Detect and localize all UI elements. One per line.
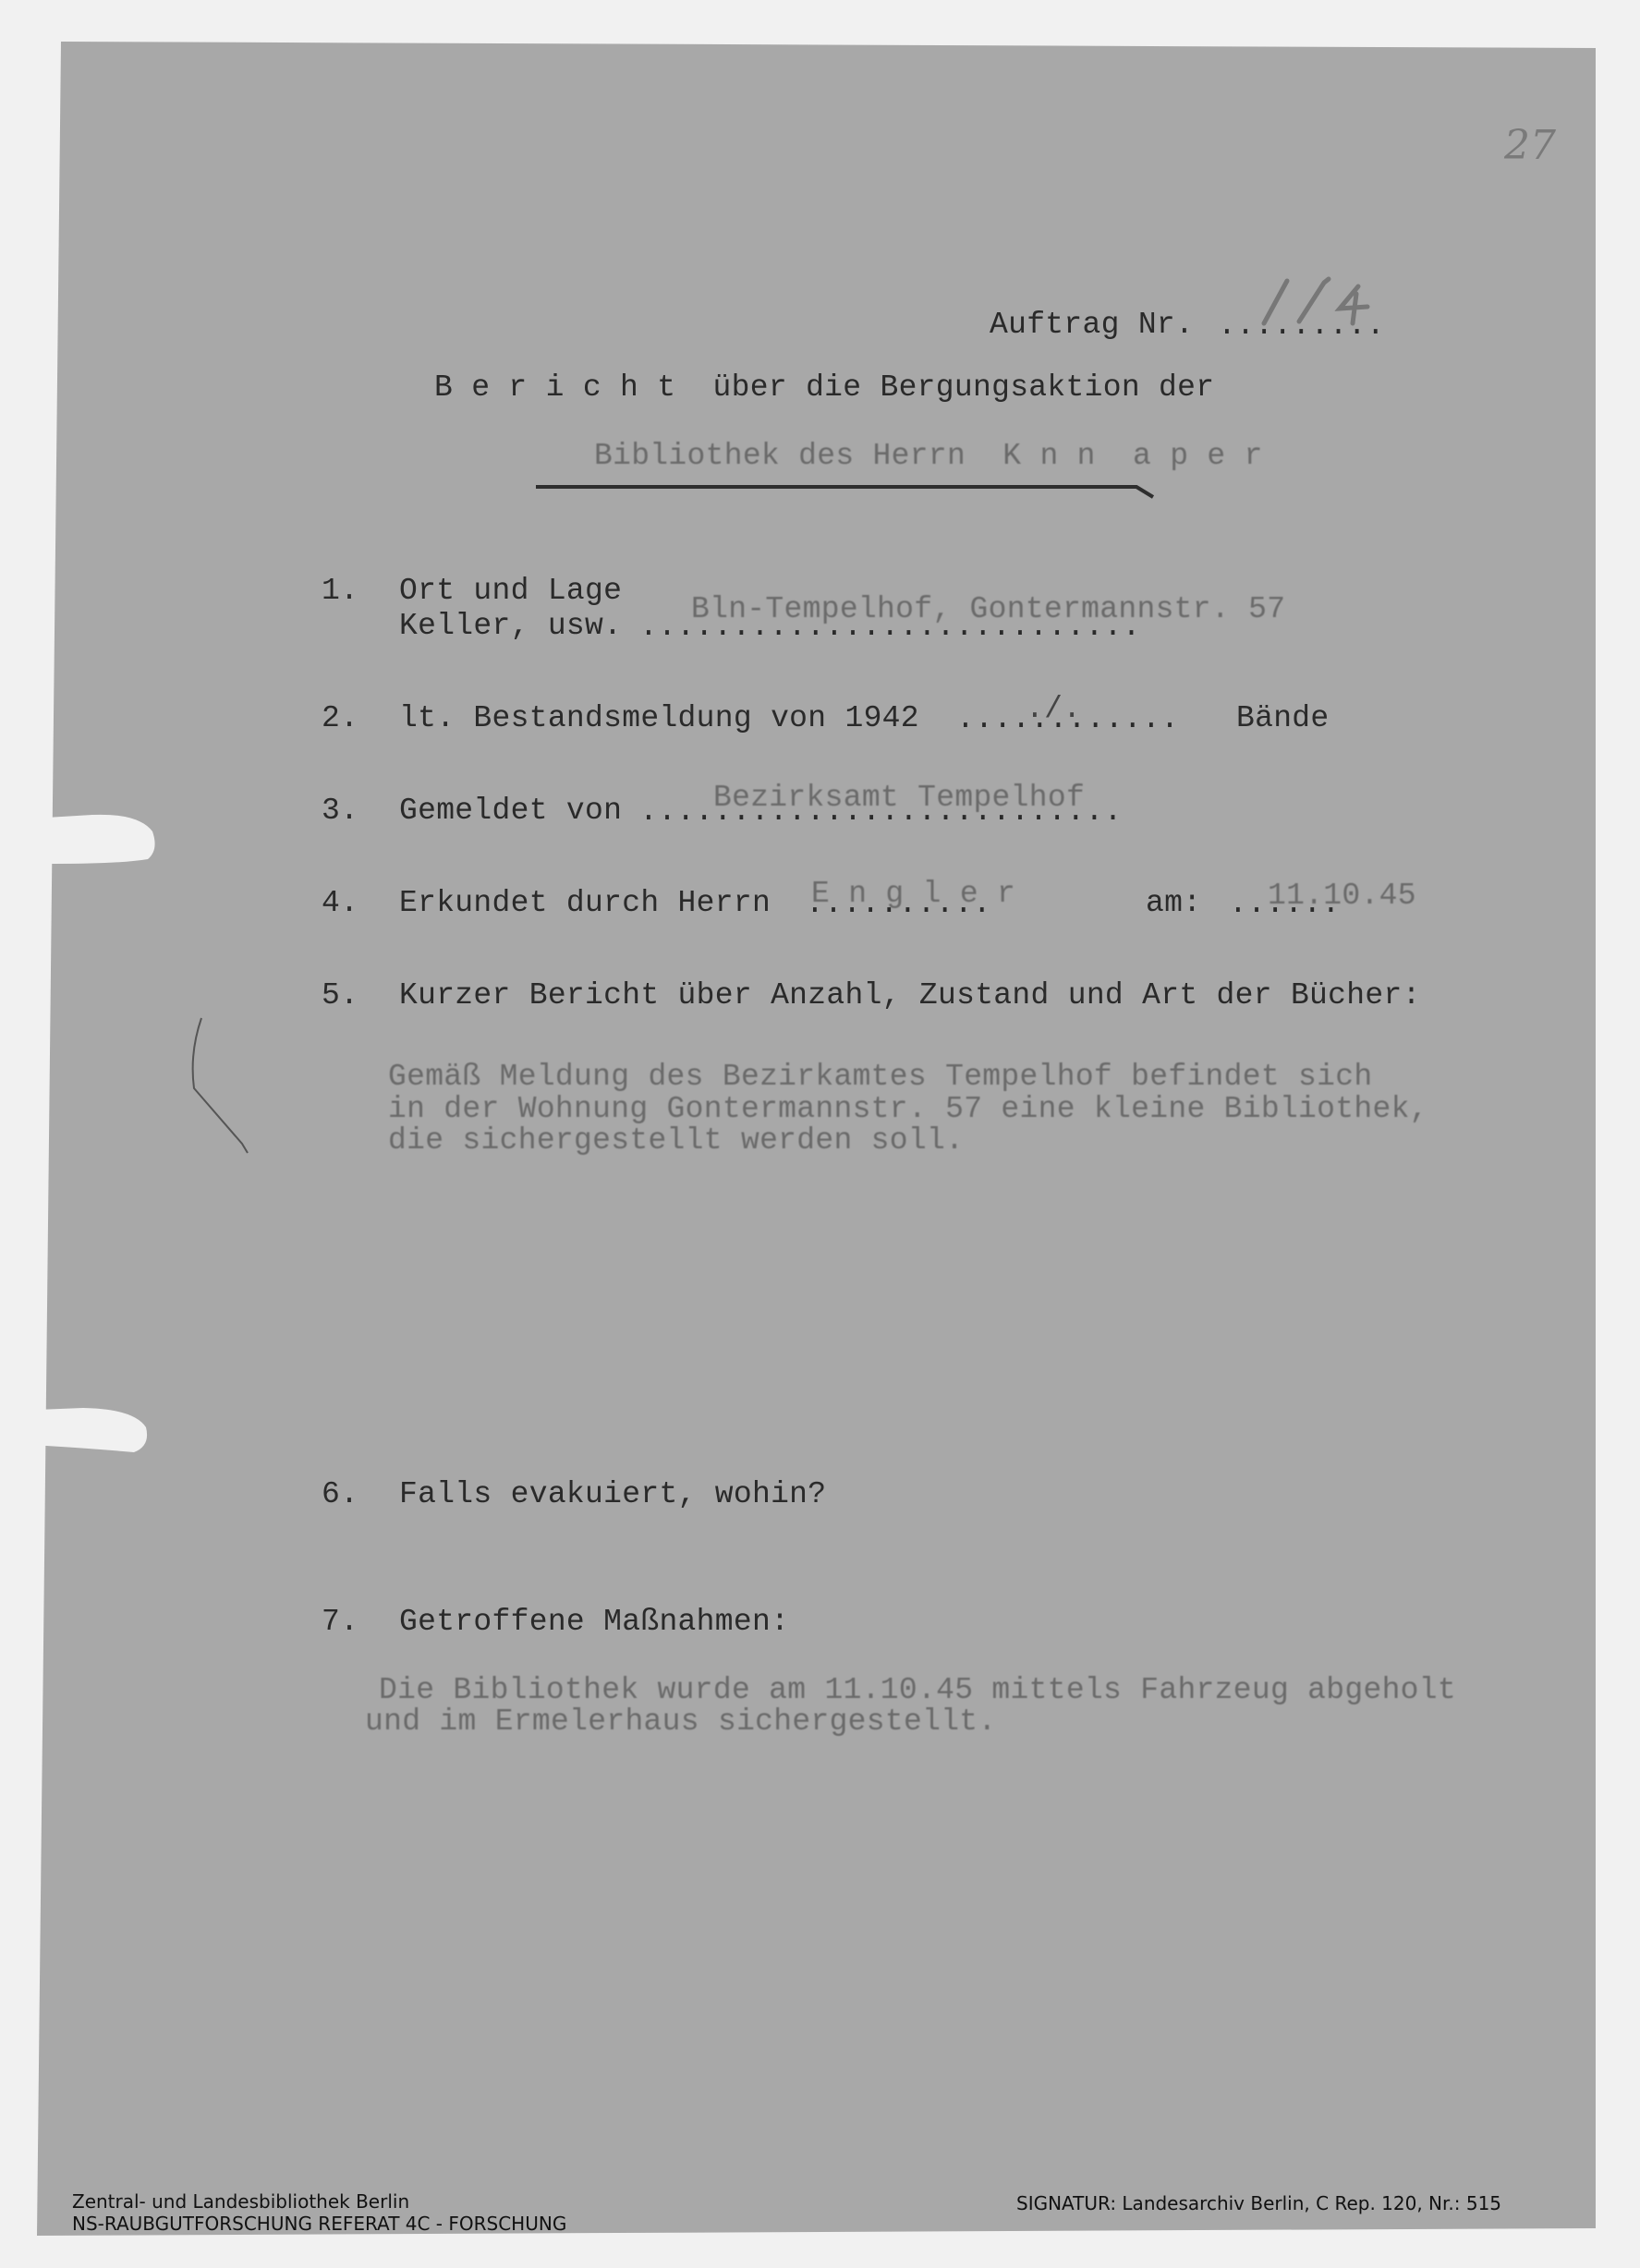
item-7-number: 7. xyxy=(322,1606,358,1638)
punch-hole-top xyxy=(37,815,155,864)
item-4-value: E n g l e r xyxy=(811,878,1015,910)
item-5-text-line-1: Gemäß Meldung des Bezirkamtes Tempelhof … xyxy=(388,1061,1372,1093)
item-1-label: Keller, usw. xyxy=(399,610,622,642)
item-6-number: 6. xyxy=(322,1478,358,1510)
item-4-date-value: 11.10.45 xyxy=(1268,879,1416,912)
item-7-text-line-2: und im Ermelerhaus sichergestellt. xyxy=(365,1705,997,1738)
library-owner-title: Bibliothek des Herrn K n n a p e r xyxy=(594,440,1263,472)
item-1-number: 1. xyxy=(322,575,358,607)
item-5-label: Kurzer Bericht über Anzahl, Zustand und … xyxy=(399,979,1421,1012)
item-7-text-line-1: Die Bibliothek wurde am 11.10.45 mittels… xyxy=(379,1674,1456,1706)
order-dots: ......... xyxy=(1218,309,1385,343)
footer-department: NS-RAUBGUTFORSCHUNG REFERAT 4C - FORSCHU… xyxy=(72,2212,566,2236)
item-2-label: lt. Bestandsmeldung von 1942 xyxy=(399,702,919,734)
footer-signature: SIGNATUR: Landesarchiv Berlin, C Rep. 12… xyxy=(1016,2191,1501,2215)
item-3-value: Bezirksamt Tempelhof xyxy=(713,782,1085,814)
item-6-label: Falls evakuiert, wohin? xyxy=(399,1478,826,1510)
report-title: B e r i c h t über die Bergungsaktion de… xyxy=(434,371,1214,404)
archive-page-number: 27 xyxy=(1504,122,1556,169)
footer-institution: Zentral- und Landesbibliothek Berlin xyxy=(72,2189,409,2213)
document-page: 27 Auftrag Nr. ......... B e r i c h t ü… xyxy=(0,0,1640,2268)
item-1-value: Bln-Tempelhof, Gontermannstr. 57 xyxy=(691,593,1285,625)
item-5-text-line-2: in der Wohnung Gontermannstr. 57 eine kl… xyxy=(388,1093,1428,1125)
item-2-number: 2. xyxy=(322,702,358,734)
item-5-text-line-3: die sichergestellt werden soll. xyxy=(388,1124,964,1157)
item-5-number: 5. xyxy=(322,979,358,1012)
item-4-date-label: am: xyxy=(1146,887,1201,919)
item-3-label: Gemeldet von xyxy=(399,794,622,827)
order-label: Auftrag Nr. xyxy=(990,309,1194,341)
item-4-number: 4. xyxy=(322,887,358,919)
item-7-label: Getroffene Maßnahmen: xyxy=(399,1606,789,1638)
item-1-label-line1: Ort und Lage xyxy=(399,575,622,607)
item-2-value: ./. xyxy=(1026,693,1081,725)
item-2-suffix: Bände xyxy=(1236,702,1330,734)
item-3-number: 3. xyxy=(322,794,358,827)
item-4-label: Erkundet durch Herrn xyxy=(399,887,771,919)
